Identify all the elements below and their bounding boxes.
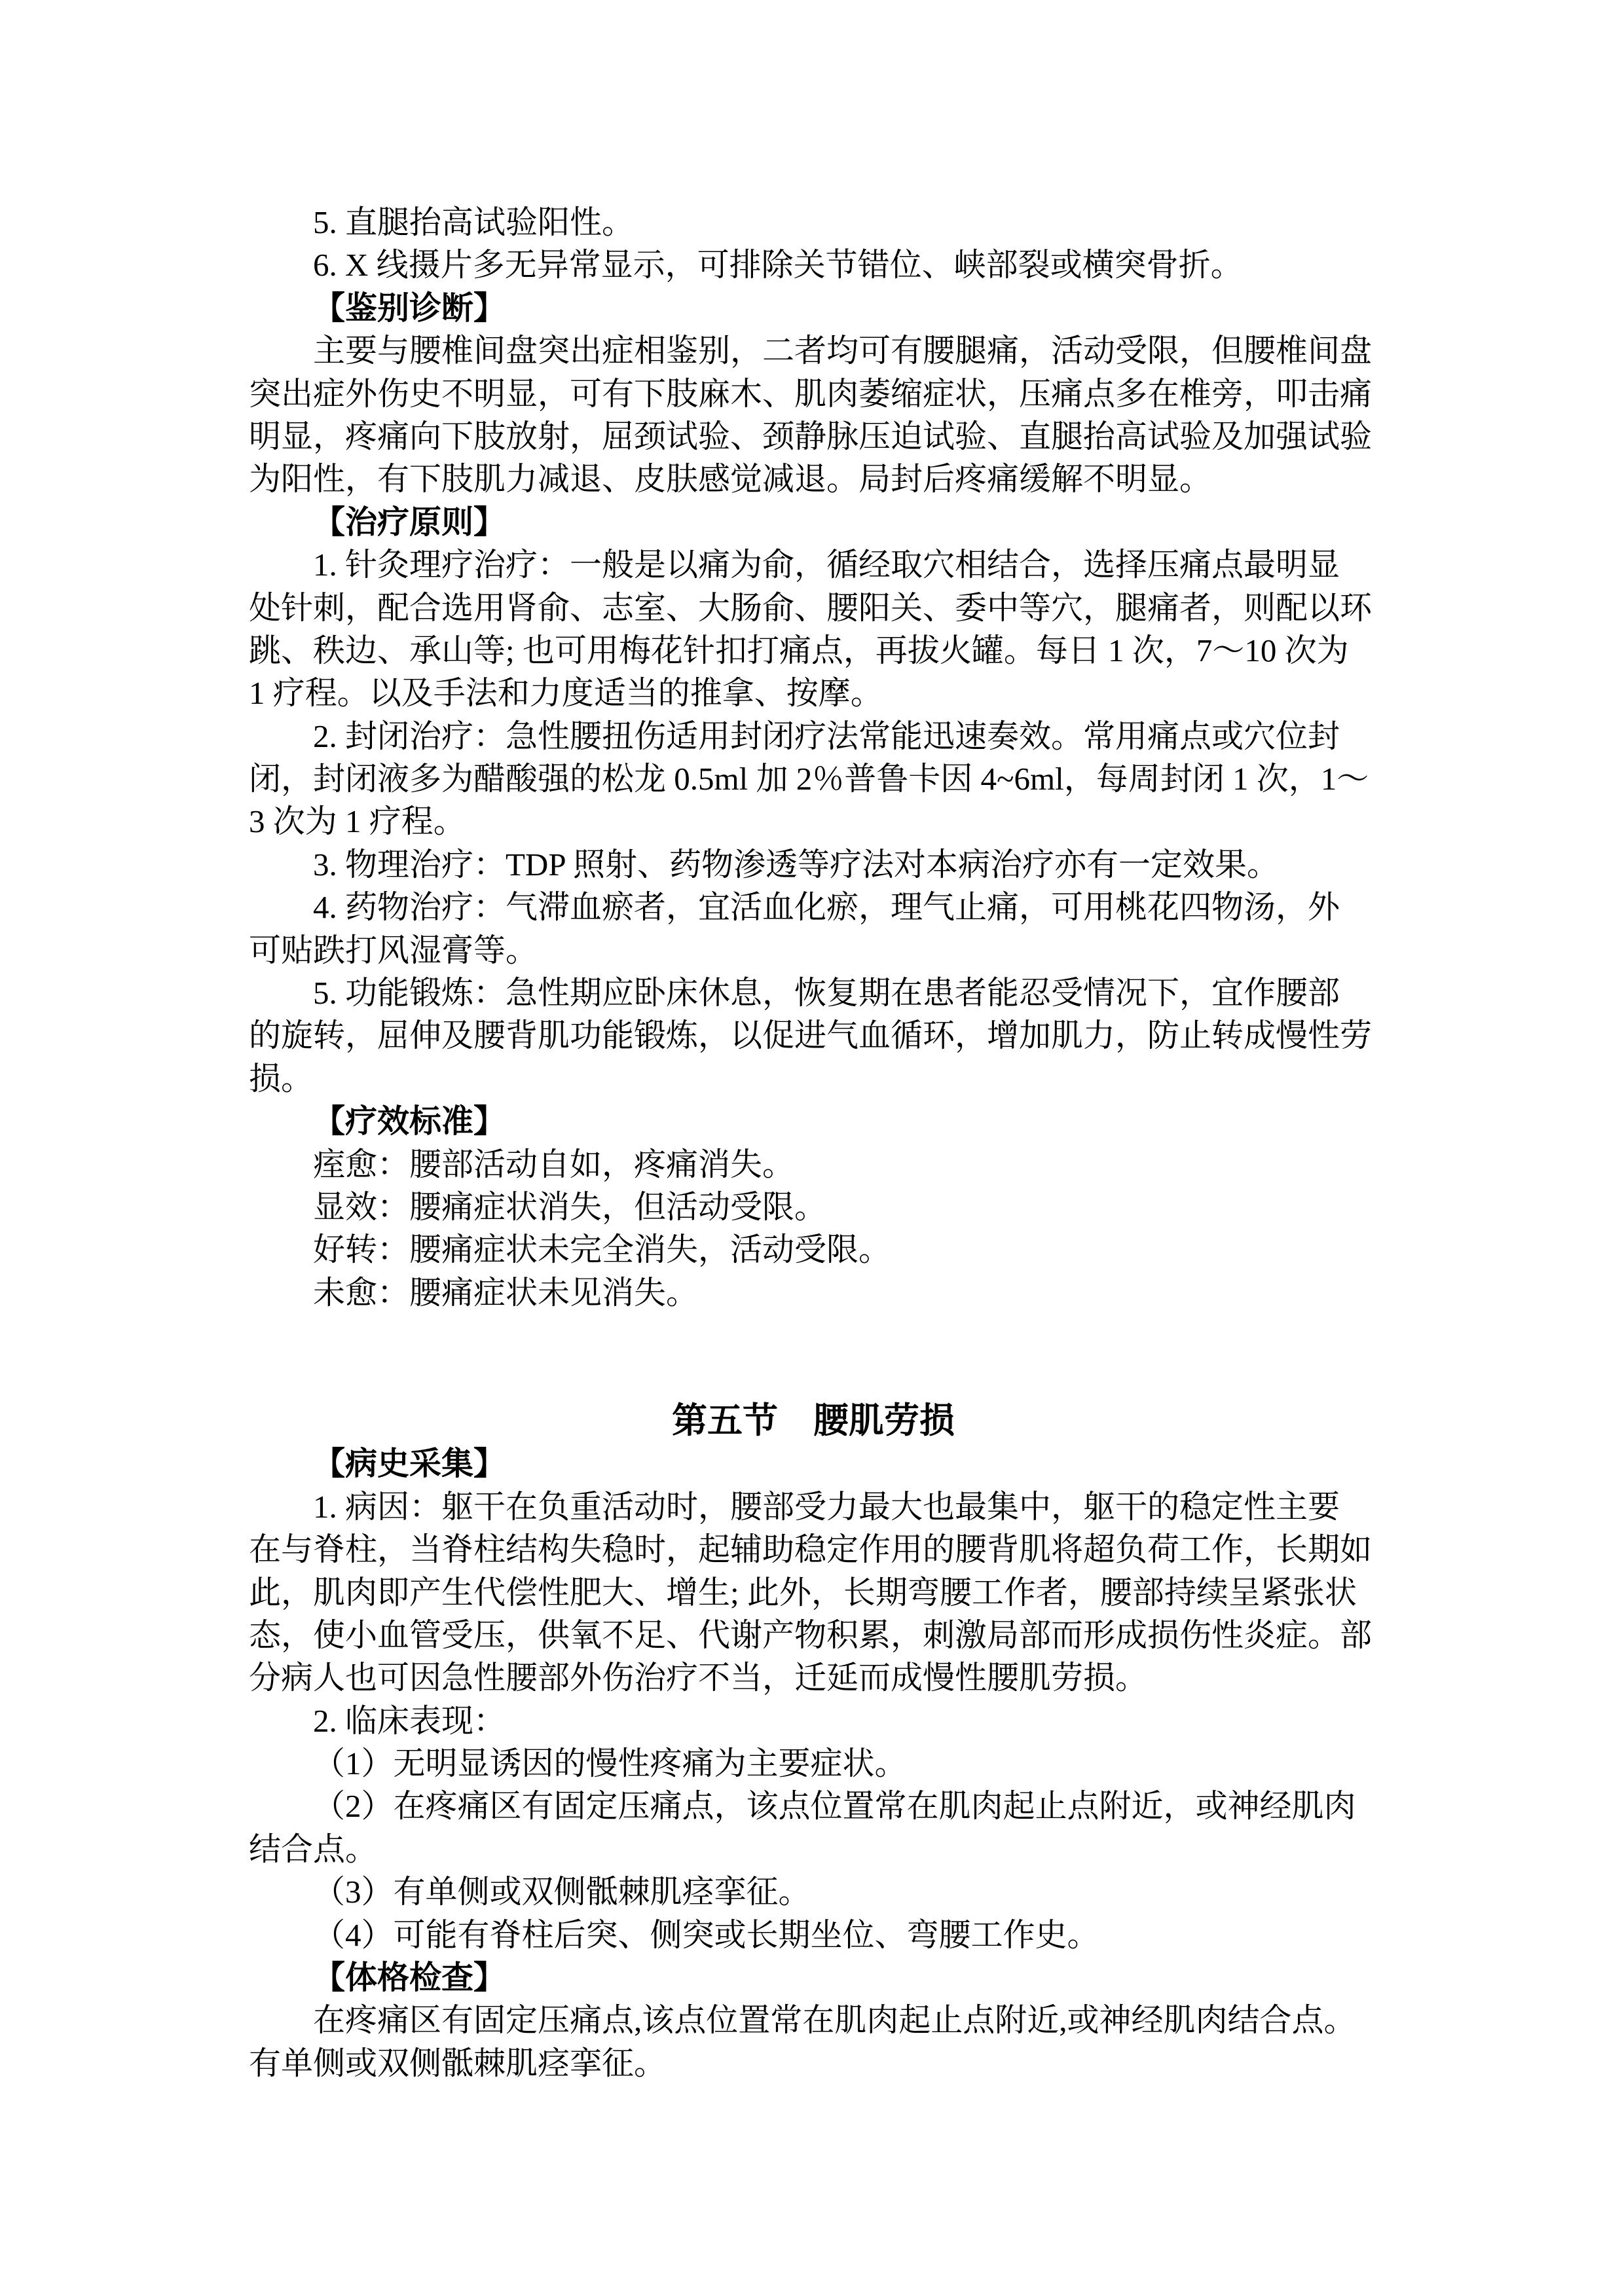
numbered-item-line: 6. X 线摄片多无异常显示，可排除关节错位、峡部裂或横突骨折。 bbox=[249, 244, 1378, 286]
paragraph-wrap-line: 突出症外伤史不明显，可有下肢麻木、肌肉萎缩症状，压痛点多在椎旁，叩击痛 bbox=[249, 373, 1378, 415]
document-text-block: 5. 直腿抬高试验阳性。 6. X 线摄片多无异常显示，可排除关节错位、峡部裂或… bbox=[249, 201, 1378, 2085]
grade-criteria-line: 好转：腰痛症状未完全消失，活动受限。 bbox=[249, 1228, 1378, 1271]
blank-line bbox=[249, 1357, 1378, 1400]
numbered-item-line: （1）无明显诱因的慢性疼痛为主要症状。 bbox=[249, 1742, 1378, 1785]
numbered-item-line: 2. 临床表现： bbox=[249, 1700, 1378, 1742]
grade-criteria-line: 未愈：腰痛症状未见消失。 bbox=[249, 1271, 1378, 1314]
numbered-item-line: 5. 功能锻炼：急性期应卧床休息，恢复期在患者能忍受情况下，宜作腰部 bbox=[249, 972, 1378, 1014]
paragraph-wrap-line: 跳、秩边、承山等; 也可用梅花针扣打痛点，再拔火罐。每日 1 次，7～10 次为 bbox=[249, 629, 1378, 672]
chapter-title: 第五节 腰肌劳损 bbox=[249, 1400, 1378, 1442]
numbered-item-line: 1. 病因：躯干在负重活动时，腰部受力最大也最集中，躯干的稳定性主要 bbox=[249, 1485, 1378, 1528]
paragraph-wrap-line: 可贴跌打风湿膏等。 bbox=[249, 929, 1378, 972]
paragraph-wrap-line: 结合点。 bbox=[249, 1828, 1378, 1870]
section-label-heading: 【病史采集】 bbox=[249, 1442, 1378, 1485]
paragraph-wrap-line: 分病人也可因急性腰部外伤治疗不当，迁延而成慢性腰肌劳损。 bbox=[249, 1656, 1378, 1699]
grade-criteria-line: 显效：腰痛症状消失，但活动受限。 bbox=[249, 1186, 1378, 1228]
numbered-item-line: 1. 针灸理疗治疗：一般是以痛为俞，循经取穴相结合，选择压痛点最明显 bbox=[249, 543, 1378, 586]
numbered-item-line: 4. 药物治疗：气滞血瘀者，宜活血化瘀，理气止痛，可用桃花四物汤，外 bbox=[249, 886, 1378, 928]
paragraph-first-line: 在疼痛区有固定压痛点,该点位置常在肌肉起止点附近,或神经肌肉结合点。 bbox=[249, 1999, 1378, 2041]
paragraph-wrap-line: 的旋转，屈伸及腰背肌功能锻炼，以促进气血循环，增加肌力，防止转成慢性劳 bbox=[249, 1014, 1378, 1057]
section-label-heading: 【鉴别诊断】 bbox=[249, 287, 1378, 329]
paragraph-wrap-line: 明显，疼痛向下肢放射，屈颈试验、颈静脉压迫试验、直腿抬高试验及加强试验 bbox=[249, 415, 1378, 458]
numbered-item-line: （4）可能有脊柱后突、侧突或长期坐位、弯腰工作史。 bbox=[249, 1914, 1378, 1956]
numbered-item-line: （2）在疼痛区有固定压痛点，该点位置常在肌肉起止点附近，或神经肌肉 bbox=[249, 1785, 1378, 1827]
numbered-item-line: 2. 封闭治疗：急性腰扭伤适用封闭疗法常能迅速奏效。常用痛点或穴位封 bbox=[249, 715, 1378, 757]
paragraph-wrap-line: 在与脊柱，当脊柱结构失稳时，起辅助稳定作用的腰背肌将超负荷工作，长期如 bbox=[249, 1528, 1378, 1571]
section-label-heading: 【体格检查】 bbox=[249, 1956, 1378, 1999]
section-label-heading: 【疗效标准】 bbox=[249, 1100, 1378, 1142]
paragraph-wrap-line: 此，肌肉即产生代偿性肥大、增生; 此外，长期弯腰工作者，腰部持续呈紧张状 bbox=[249, 1571, 1378, 1614]
paragraph-wrap-line: 闭，封闭液多为醋酸强的松龙 0.5ml 加 2％普鲁卡因 4~6ml，每周封闭 … bbox=[249, 757, 1378, 800]
blank-line bbox=[249, 1314, 1378, 1357]
paragraph-wrap-line: 3 次为 1 疗程。 bbox=[249, 800, 1378, 843]
paragraph-wrap-line: 态，使小血管受压，供氧不足、代谢产物积累，刺激局部而形成损伤性炎症。部 bbox=[249, 1614, 1378, 1656]
paragraph-wrap-line: 处针刺，配合选用肾俞、志室、大肠俞、腰阳关、委中等穴，腿痛者，则配以环 bbox=[249, 587, 1378, 629]
paragraph-first-line: 主要与腰椎间盘突出症相鉴别，二者均可有腰腿痛，活动受限，但腰椎间盘 bbox=[249, 329, 1378, 372]
numbered-item-line: （3）有单侧或双侧骶棘肌痉挛征。 bbox=[249, 1870, 1378, 1913]
grade-criteria-line: 痓愈：腰部活动自如，疼痛消失。 bbox=[249, 1143, 1378, 1186]
numbered-item-line: 3. 物理治疗：TDP 照射、药物渗透等疗法对本病治疗亦有一定效果。 bbox=[249, 843, 1378, 886]
paragraph-wrap-line: 有单侧或双侧骶棘肌痉挛征。 bbox=[249, 2042, 1378, 2085]
paragraph-wrap-line: 损。 bbox=[249, 1057, 1378, 1100]
section-label-heading: 【治疗原则】 bbox=[249, 501, 1378, 543]
numbered-item-line: 5. 直腿抬高试验阳性。 bbox=[249, 201, 1378, 244]
paragraph-wrap-line: 为阳性，有下肢肌力减退、皮肤感觉减退。局封后疼痛缓解不明显。 bbox=[249, 458, 1378, 500]
paragraph-wrap-line: 1 疗程。以及手法和力度适当的推拿、按摩。 bbox=[249, 672, 1378, 714]
document-page: 5. 直腿抬高试验阳性。 6. X 线摄片多无异常显示，可排除关节错位、峡部裂或… bbox=[0, 0, 1624, 2296]
